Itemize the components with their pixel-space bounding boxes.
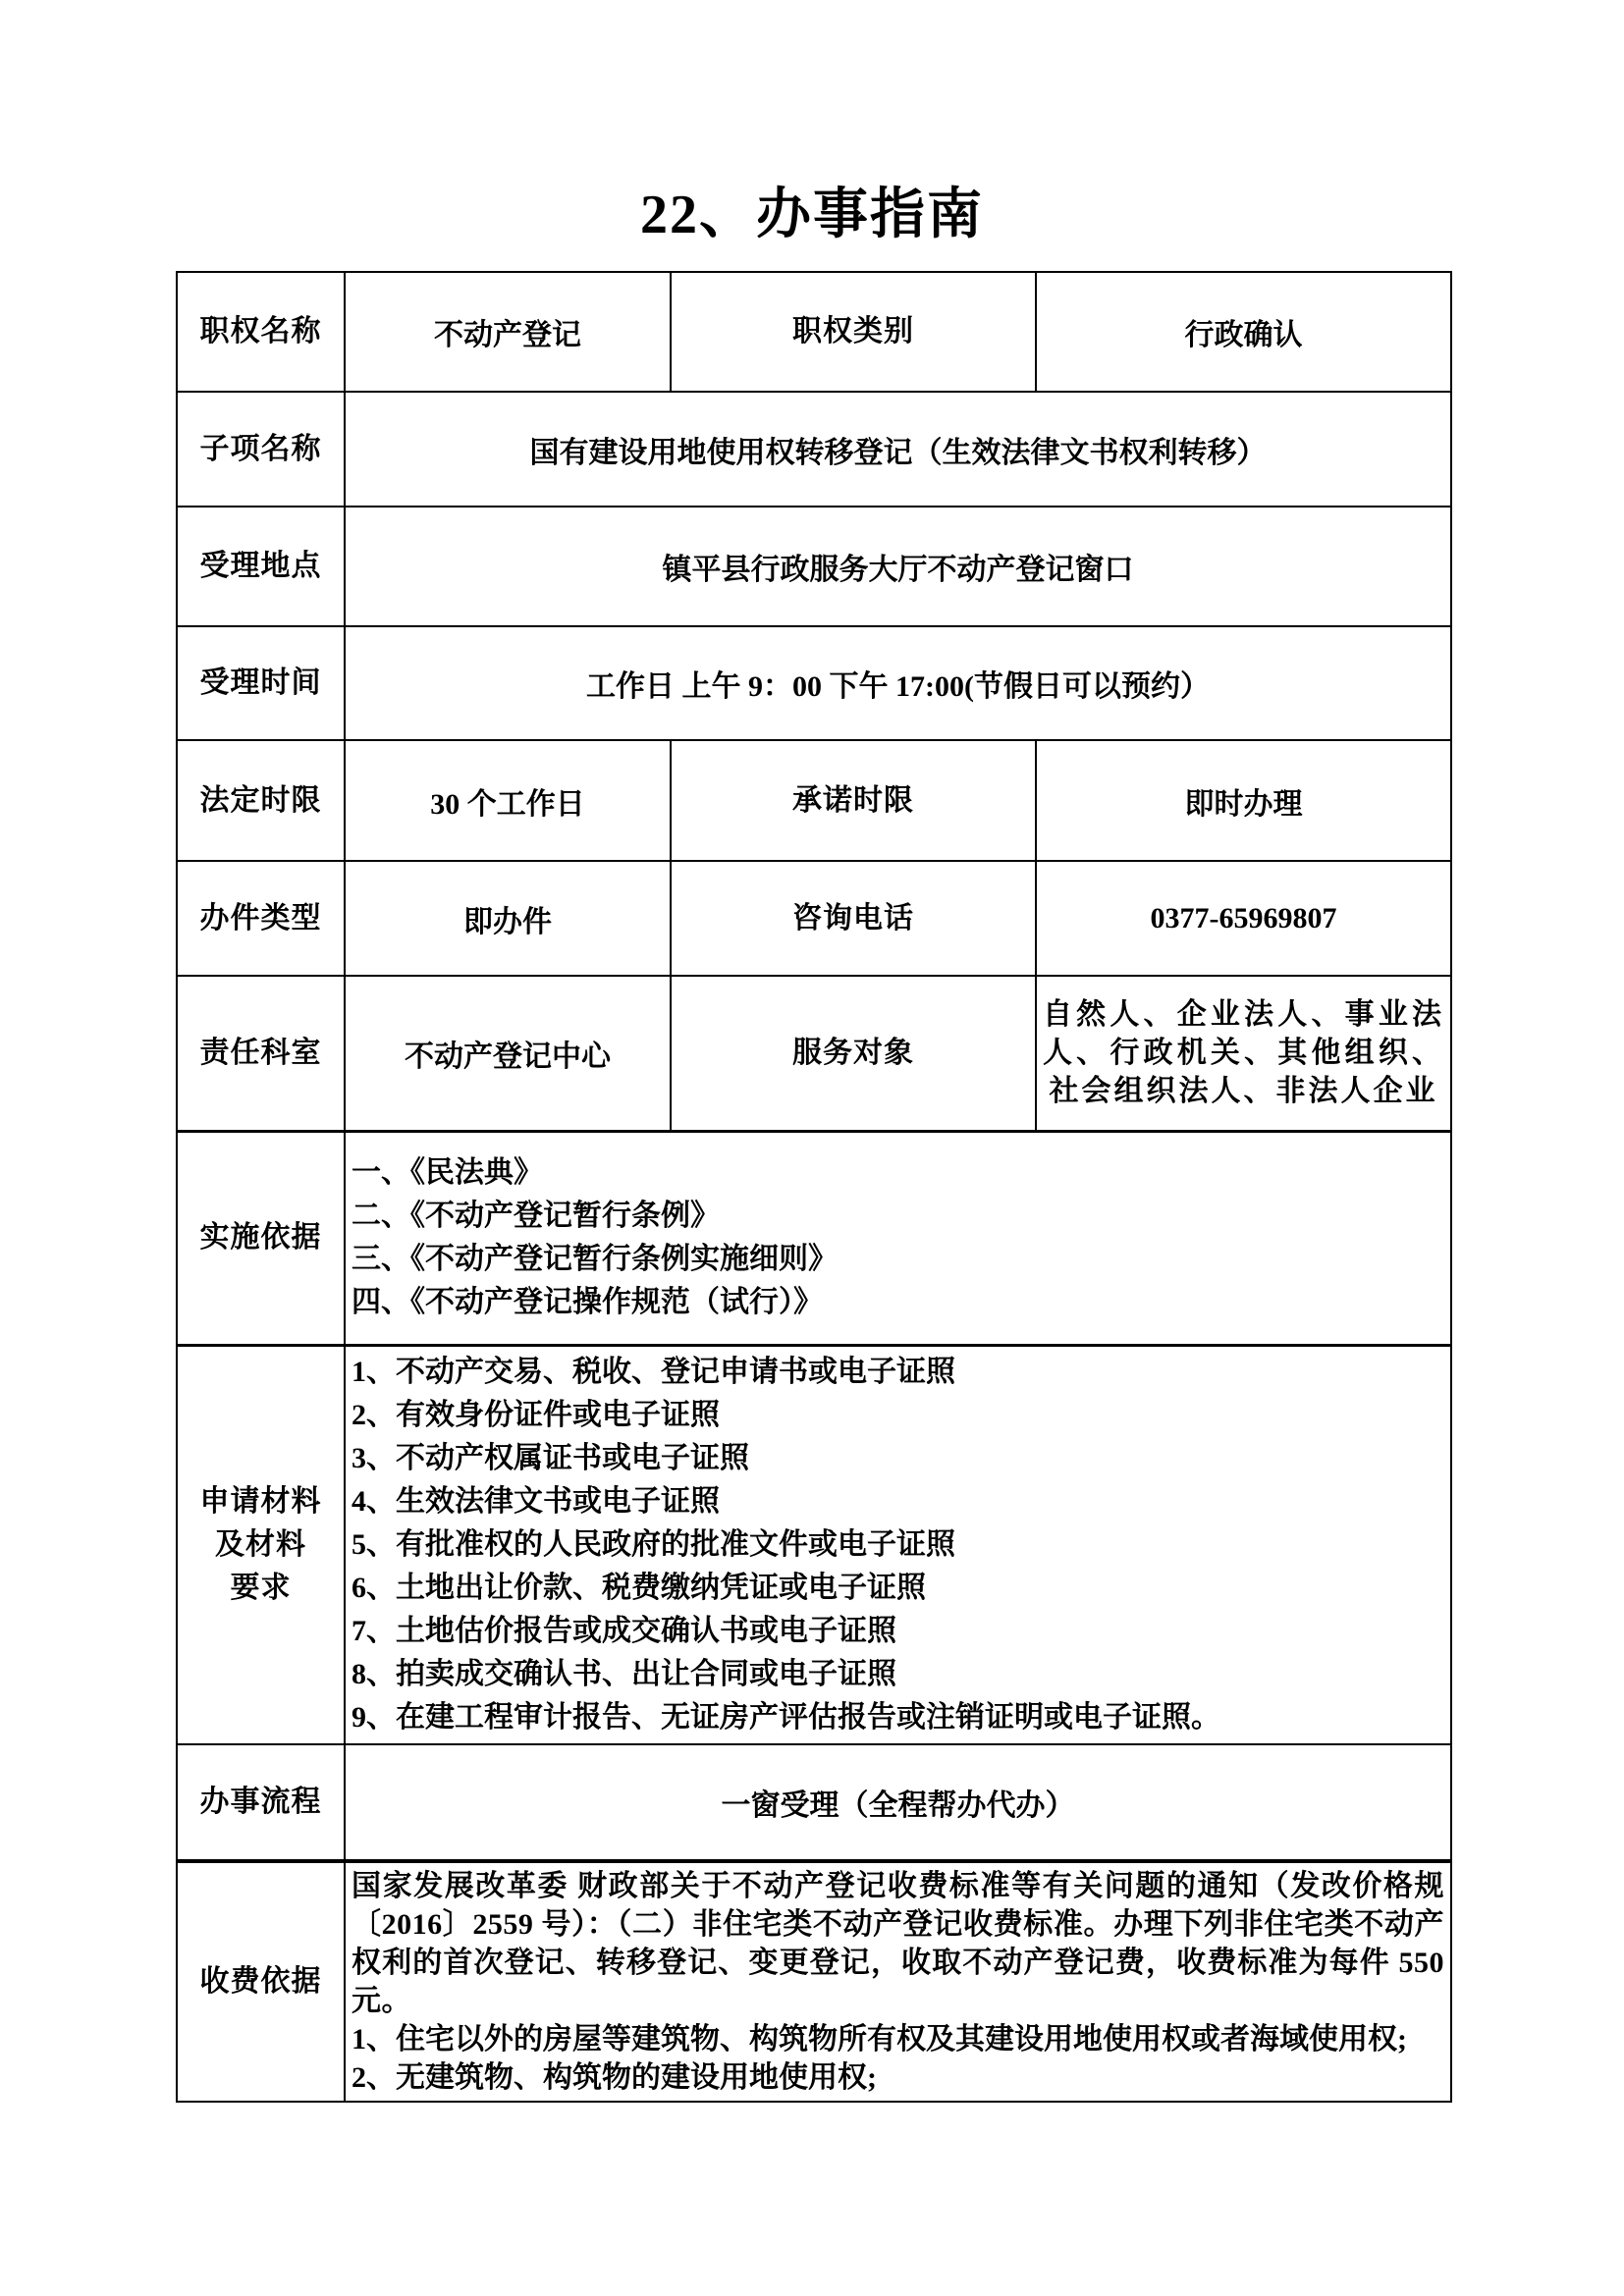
case-type-label: 办件类型 — [177, 861, 345, 976]
table-row: 收费依据 国家发展改革委 财政部关于不动产登记收费标准等有关问题的通知（发改价格… — [177, 1861, 1451, 2102]
material-item: 2、有效身份证件或电子证照 — [352, 1394, 1444, 1437]
application-materials-value: 1、不动产交易、税收、登记申请书或电子证照 2、有效身份证件或电子证照 3、不动… — [345, 1345, 1451, 1744]
acceptance-time-value: 工作日 上午 9：00 下午 17:00(节假日可以预约） — [345, 626, 1451, 740]
material-item: 3、不动产权属证书或电子证照 — [352, 1437, 1444, 1480]
table-row: 法定时限 30 个工作日 承诺时限 即时办理 — [177, 740, 1451, 861]
basis-item: 二、《不动产登记暂行条例》 — [352, 1195, 1444, 1238]
consultation-phone-label: 咨询电话 — [671, 861, 1036, 976]
authority-name-value: 不动产登记 — [345, 272, 671, 392]
service-process-label: 办事流程 — [177, 1744, 345, 1861]
table-row: 实施依据 一、《民法典》 二、《不动产登记暂行条例》 三、《不动产登记暂行条例实… — [177, 1131, 1451, 1345]
table-row: 职权名称 不动产登记 职权类别 行政确认 — [177, 272, 1451, 392]
table-row: 办事流程 一窗受理（全程帮办代办） — [177, 1744, 1451, 1861]
table-row: 责任科室 不动产登记中心 服务对象 自然人、企业法人、事业法人、行政机关、其他组… — [177, 976, 1451, 1131]
case-type-value: 即办件 — [345, 861, 671, 976]
fee-basis-value: 国家发展改革委 财政部关于不动产登记收费标准等有关问题的通知（发改价格规〔201… — [345, 1861, 1451, 2102]
statutory-time-limit-label: 法定时限 — [177, 740, 345, 861]
fee-basis-paragraph: 国家发展改革委 财政部关于不动产登记收费标准等有关问题的通知（发改价格规〔201… — [352, 1867, 1444, 2020]
implementation-basis-label: 实施依据 — [177, 1131, 345, 1345]
responsible-office-label: 责任科室 — [177, 976, 345, 1131]
promised-time-limit-value: 即时办理 — [1036, 740, 1451, 861]
service-guide-table: 职权名称 不动产登记 职权类别 行政确认 子项名称 国有建设用地使用权转移登记（… — [176, 271, 1452, 2103]
acceptance-place-label: 受理地点 — [177, 507, 345, 626]
service-target-label: 服务对象 — [671, 976, 1036, 1131]
fee-item: 1、住宅以外的房屋等建筑物、构筑物所有权及其建设用地使用权或者海域使用权; — [352, 2020, 1444, 2058]
subitem-name-label: 子项名称 — [177, 392, 345, 507]
basis-item: 一、《民法典》 — [352, 1151, 1444, 1195]
fee-basis-label: 收费依据 — [177, 1861, 345, 2102]
statutory-time-limit-value: 30 个工作日 — [345, 740, 671, 861]
material-item: 8、拍卖成交确认书、出让合同或电子证照 — [352, 1653, 1444, 1696]
basis-item: 三、《不动产登记暂行条例实施细则》 — [352, 1238, 1444, 1281]
table-row: 子项名称 国有建设用地使用权转移登记（生效法律文书权利转移） — [177, 392, 1451, 507]
acceptance-time-label: 受理时间 — [177, 626, 345, 740]
fee-item: 2、无建筑物、构筑物的建设用地使用权; — [352, 2058, 1444, 2097]
table-row: 受理地点 镇平县行政服务大厅不动产登记窗口 — [177, 507, 1451, 626]
material-item: 5、有批准权的人民政府的批准文件或电子证照 — [352, 1523, 1444, 1567]
service-guide-page: 22、办事指南 职权名称 不动产登记 职权类别 行政确认 子项名称 国有建设用地… — [0, 0, 1624, 2296]
material-item: 9、在建工程审计报告、无证房产评估报告或注销证明或电子证照。 — [352, 1696, 1444, 1739]
basis-item: 四、《不动产登记操作规范（试行）》 — [352, 1281, 1444, 1324]
service-target-value: 自然人、企业法人、事业法人、行政机关、其他组织、社会组织法人、非法人企业 — [1036, 976, 1451, 1131]
implementation-basis-value: 一、《民法典》 二、《不动产登记暂行条例》 三、《不动产登记暂行条例实施细则》 … — [345, 1131, 1451, 1345]
application-materials-label: 申请材料 及材料 要求 — [177, 1345, 345, 1744]
table-row: 申请材料 及材料 要求 1、不动产交易、税收、登记申请书或电子证照 2、有效身份… — [177, 1345, 1451, 1744]
service-process-value: 一窗受理（全程帮办代办） — [345, 1744, 1451, 1861]
table-row: 受理时间 工作日 上午 9：00 下午 17:00(节假日可以预约） — [177, 626, 1451, 740]
material-item: 7、土地估价报告或成交确认书或电子证照 — [352, 1610, 1444, 1653]
material-item: 1、不动产交易、税收、登记申请书或电子证照 — [352, 1351, 1444, 1394]
page-title: 22、办事指南 — [0, 180, 1624, 251]
promised-time-limit-label: 承诺时限 — [671, 740, 1036, 861]
consultation-phone-value: 0377-65969807 — [1036, 861, 1451, 976]
subitem-name-value: 国有建设用地使用权转移登记（生效法律文书权利转移） — [345, 392, 1451, 507]
acceptance-place-value: 镇平县行政服务大厅不动产登记窗口 — [345, 507, 1451, 626]
authority-category-value: 行政确认 — [1036, 272, 1451, 392]
table-row: 办件类型 即办件 咨询电话 0377-65969807 — [177, 861, 1451, 976]
authority-name-label: 职权名称 — [177, 272, 345, 392]
responsible-office-value: 不动产登记中心 — [345, 976, 671, 1131]
material-item: 6、土地出让价款、税费缴纳凭证或电子证照 — [352, 1567, 1444, 1610]
authority-category-label: 职权类别 — [671, 272, 1036, 392]
material-item: 4、生效法律文书或电子证照 — [352, 1480, 1444, 1523]
